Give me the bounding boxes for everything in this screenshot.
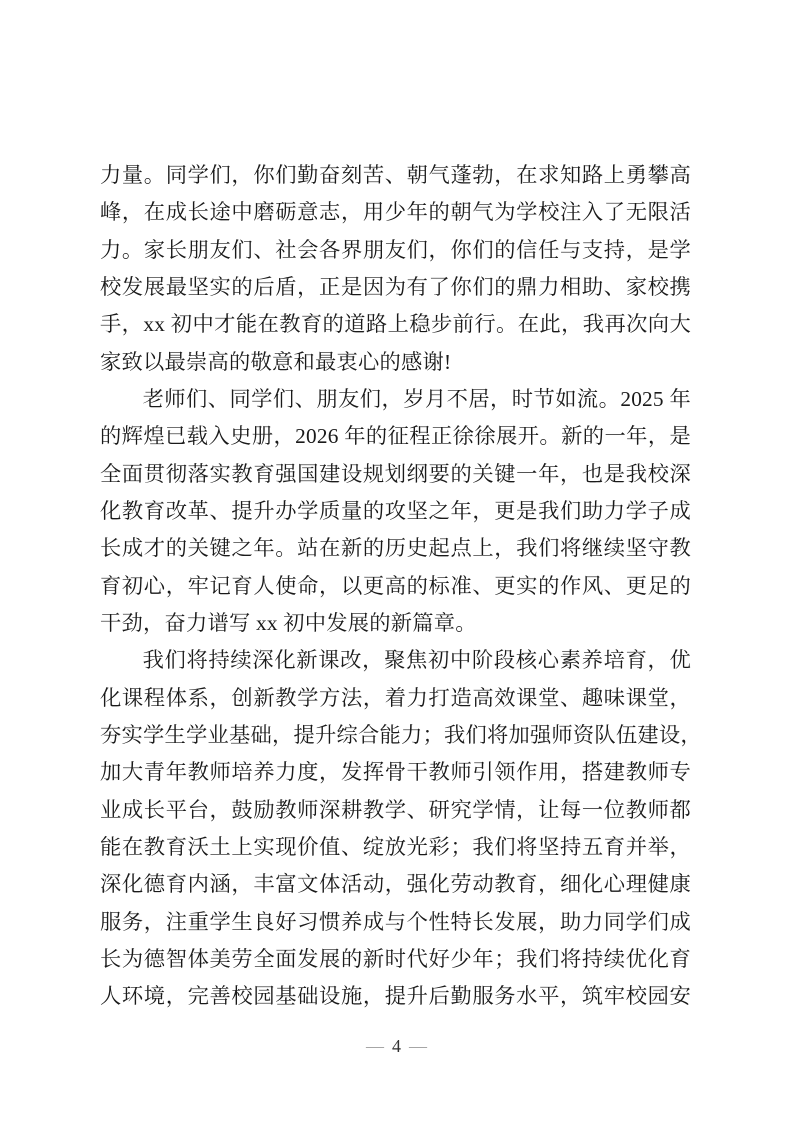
- text-line: 干劲，奋力谱写 xx 初中发展的新篇章。: [100, 605, 691, 642]
- text-line: 长成才的关键之年。站在新的历史起点上，我们将继续坚守教: [100, 530, 691, 567]
- text-line: 我们将持续深化新课改，聚焦初中阶段核心素养培育，优: [100, 642, 691, 679]
- text-line: 的辉煌已载入史册，2026 年的征程正徐徐展开。新的一年，是: [100, 418, 691, 455]
- text-line: 服务，注重学生良好习惯养成与个性特长发展，助力同学们成: [100, 904, 691, 941]
- text-line: 化教育改革、提升办学质量的攻坚之年，更是我们助力学子成: [100, 493, 691, 530]
- text-line: 力量。同学们，你们勤奋刻苦、朝气蓬勃，在求知路上勇攀高: [100, 157, 691, 194]
- paragraph: 力量。同学们，你们勤奋刻苦、朝气蓬勃，在求知路上勇攀高峰，在成长途中磨砺意志，用…: [100, 157, 691, 381]
- paragraph: 老师们、同学们、朋友们，岁月不居，时节如流。2025 年的辉煌已载入史册，202…: [100, 381, 691, 642]
- page-footer: —4—: [0, 1034, 793, 1058]
- text-line: 力。家长朋友们、社会各界朋友们，你们的信任与支持，是学: [100, 232, 691, 269]
- text-line: 夯实学生学业基础，提升综合能力；我们将加强师资队伍建设，: [100, 717, 691, 754]
- text-line: 深化德育内涵，丰富文体活动，强化劳动教育，细化心理健康: [100, 866, 691, 903]
- text-line: 校发展最坚实的后盾，正是因为有了你们的鼎力相助、家校携: [100, 269, 691, 306]
- text-line: 化课程体系，创新教学方法，着力打造高效课堂、趣味课堂，: [100, 680, 691, 717]
- text-line: 长为德智体美劳全面发展的新时代好少年；我们将持续优化育: [100, 941, 691, 978]
- text-line: 全面贯彻落实教育强国建设规划纲要的关键一年，也是我校深: [100, 456, 691, 493]
- text-line: 手，xx 初中才能在教育的道路上稳步前行。在此，我再次向大: [100, 306, 691, 343]
- footer-right-dash: —: [409, 1036, 427, 1056]
- text-line: 人环境，完善校园基础设施，提升后勤服务水平，筑牢校园安: [100, 978, 691, 1015]
- text-line: 家致以最崇高的敬意和最衷心的感谢!: [100, 344, 691, 381]
- document-body: 力量。同学们，你们勤奋刻苦、朝气蓬勃，在求知路上勇攀高峰，在成长途中磨砺意志，用…: [100, 157, 691, 1016]
- page-number: 4: [384, 1036, 409, 1056]
- text-line: 业成长平台，鼓励教师深耕教学、研究学情，让每一位教师都: [100, 792, 691, 829]
- text-line: 育初心，牢记育人使命，以更高的标准、更实的作风、更足的: [100, 568, 691, 605]
- paragraph: 我们将持续深化新课改，聚焦初中阶段核心素养培育，优化课程体系，创新教学方法，着力…: [100, 642, 691, 1015]
- text-line: 峰，在成长途中磨砺意志，用少年的朝气为学校注入了无限活: [100, 194, 691, 231]
- text-line: 能在教育沃土上实现价值、绽放光彩；我们将坚持五育并举，: [100, 829, 691, 866]
- text-line: 老师们、同学们、朋友们，岁月不居，时节如流。2025 年: [100, 381, 691, 418]
- document-page: 力量。同学们，你们勤奋刻苦、朝气蓬勃，在求知路上勇攀高峰，在成长途中磨砺意志，用…: [0, 0, 793, 1122]
- text-line: 加大青年教师培养力度，发挥骨干教师引领作用，搭建教师专: [100, 754, 691, 791]
- footer-left-dash: —: [366, 1036, 384, 1056]
